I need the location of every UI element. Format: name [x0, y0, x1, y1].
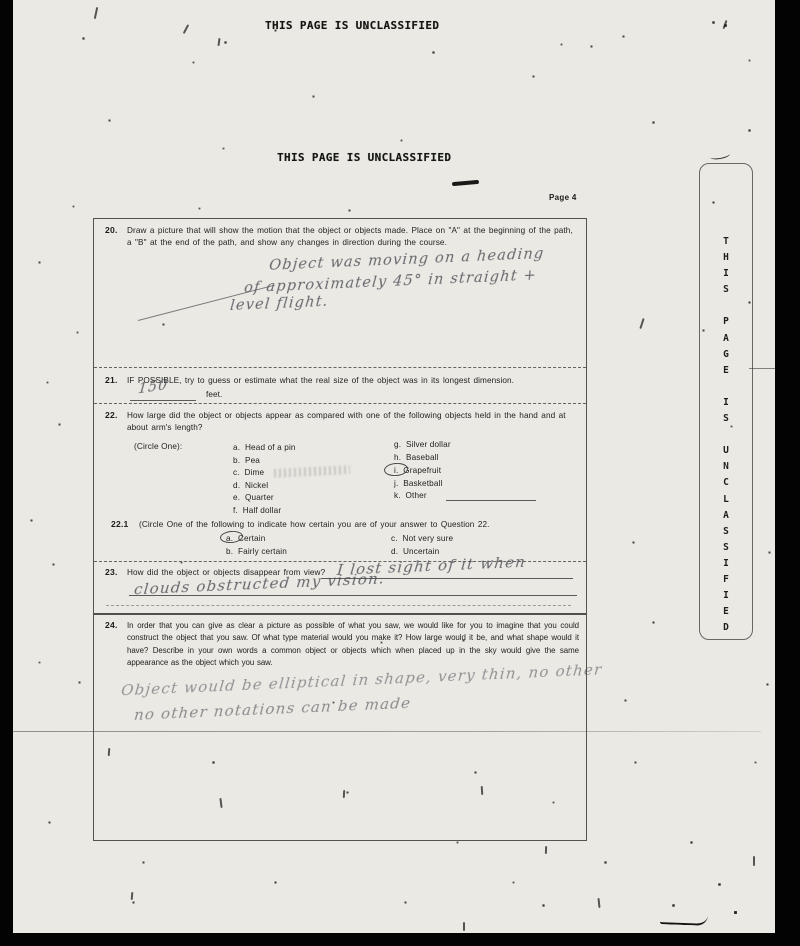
q22-option-nickel: d. Nickel [233, 481, 268, 490]
question-20-text: Draw a picture that will show the motion… [127, 225, 579, 250]
scan-artifact [723, 20, 727, 29]
q24-handwritten-answer-line2: no other notations can be made [133, 694, 412, 724]
q22-1-option-not-very-sure: c. Not very sure [391, 534, 453, 543]
scan-artifact [183, 24, 189, 34]
q21-unit-label: feet. [206, 389, 222, 401]
question-22-1-text: (Circle One of the following to indicate… [139, 519, 579, 531]
question-24-text: In order that you can give as clear a pi… [127, 620, 579, 670]
pen-squiggle-mark [710, 150, 731, 160]
questionnaire-form: 20. Draw a picture that will show the mo… [93, 218, 587, 841]
q22-circle-one-label: (Circle One): [134, 442, 182, 451]
pencil-smudge [274, 465, 350, 478]
q22-option-basketball: j. Basketball [394, 479, 443, 488]
q22-option-dime: c. Dime [233, 468, 264, 477]
q21-handwritten-size-value: 150 [137, 377, 169, 398]
fold-line [13, 731, 761, 732]
question-22-1-number: 22.1 [111, 519, 129, 529]
scan-artifact [94, 7, 98, 19]
q23-answer-line2-rule [129, 595, 577, 596]
question-20-number: 20. [105, 225, 118, 235]
question-22-text: How large did the object or objects appe… [127, 410, 569, 435]
scan-artifact [463, 922, 465, 931]
question-21-number: 21. [105, 375, 118, 385]
question-21-text: IF POSSIBLE, try to guess or estimate wh… [127, 375, 587, 387]
top-classification-header: THIS PAGE IS UNCLASSIFIED [265, 19, 439, 32]
scan-artifact [217, 38, 220, 46]
q21-answer-blank-line [130, 400, 196, 401]
scan-artifact-line [749, 368, 775, 369]
q22-1-option-uncertain: d. Uncertain [391, 547, 439, 556]
side-classification-tab: T H I S P A G E I S U N C L A S S I F I … [699, 163, 753, 640]
scan-artifact [545, 846, 547, 854]
question-23-number: 23. [105, 567, 118, 577]
q22-option-baseball: h. Baseball [394, 453, 439, 462]
q22-option-pea: b. Pea [233, 456, 260, 465]
section-divider-dark [94, 613, 586, 615]
question-24-number: 24. [105, 620, 118, 630]
side-tab-vertical-text: T H I S P A G E I S U N C L A S S I F I … [700, 234, 752, 636]
q22-other-blank-line [446, 500, 536, 501]
q22-option-silver-dollar: g. Silver dollar [394, 440, 451, 449]
q22-1-option-fairly-certain: b. Fairly certain [226, 547, 287, 556]
bottom-ink-squiggle [660, 913, 708, 926]
mid-classification-header: THIS PAGE IS UNCLASSIFIED [277, 151, 451, 164]
scanned-page: THIS PAGE IS UNCLASSIFIED THIS PAGE IS U… [13, 0, 775, 933]
q20-handwritten-answer-line3: level flight. [229, 294, 329, 314]
q22-option-head-of-pin: a. Head of a pin [233, 443, 296, 452]
scan-artifact [639, 318, 644, 329]
section-divider [94, 403, 586, 404]
scan-artifact [597, 898, 600, 908]
scan-noise [13, 0, 14, 1]
question-22-number: 22. [105, 410, 118, 420]
section-divider [94, 367, 586, 368]
q22-option-other: k. Other [394, 491, 427, 500]
q22-option-quarter: e. Quarter [233, 493, 274, 502]
scan-artifact [131, 892, 133, 900]
scan-artifact [753, 856, 755, 866]
ink-smudge [452, 180, 479, 186]
q23-answer-line3-rule [106, 605, 571, 606]
page-number: Page 4 [549, 193, 577, 202]
q22-option-half-dollar: f. Half dollar [233, 506, 281, 515]
